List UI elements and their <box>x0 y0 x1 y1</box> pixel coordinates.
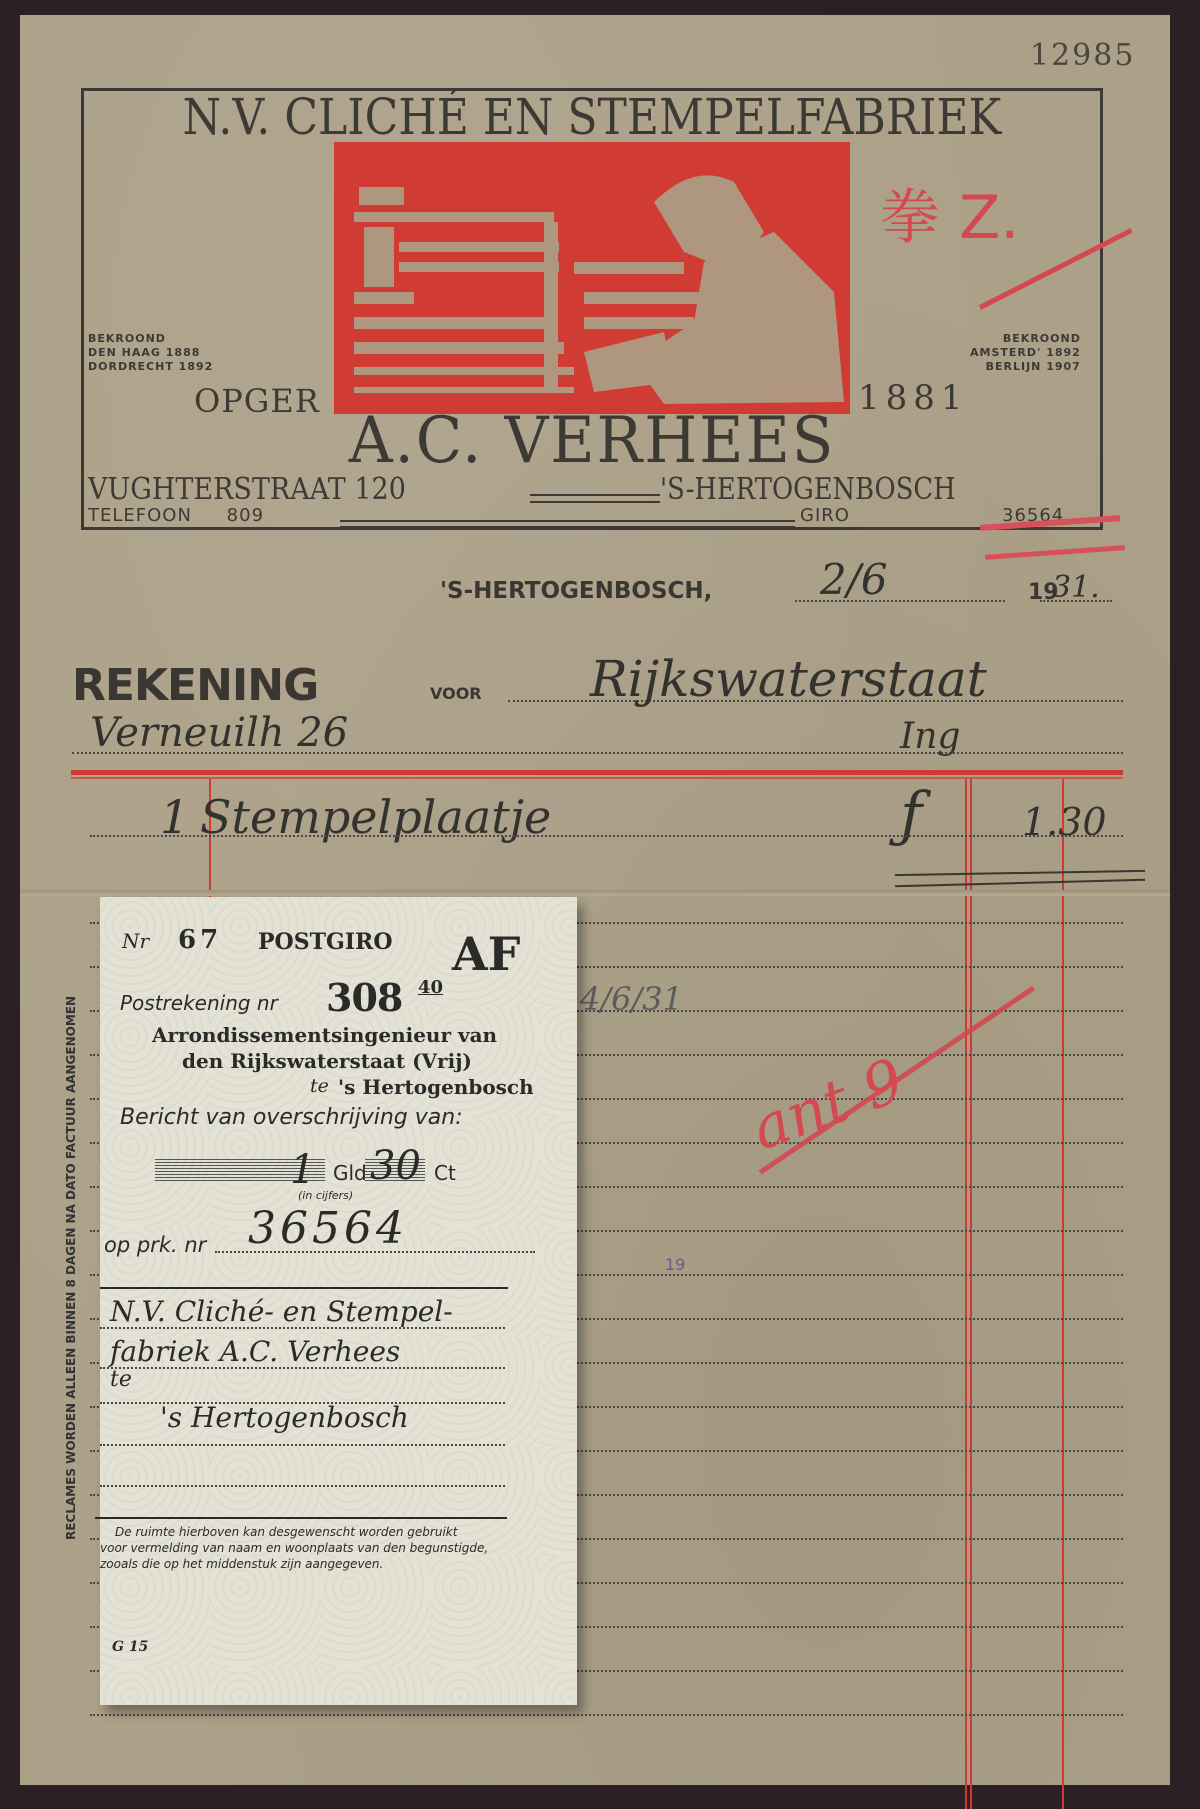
client-name: Rijkswaterstaat <box>590 650 987 708</box>
phone-label: TELEFOON <box>88 505 192 526</box>
bericht-label: Bericht van overschrijving van: <box>120 1105 463 1130</box>
phone-number: 809 <box>227 505 264 526</box>
slip-rule <box>95 1517 507 1519</box>
recipient-city: 's Hertogenbosch <box>338 1075 534 1099</box>
award-line: BEKROOND <box>970 332 1081 346</box>
award-line: AMSTERD' 1892 <box>970 346 1081 360</box>
complaints-notice: RECLAMES WORDEN ALLEEN BINNEN 8 DAGEN NA… <box>64 996 78 1540</box>
sender-dots <box>100 1485 505 1487</box>
op-prk-label: op prk. nr <box>104 1233 206 1257</box>
ct-label: Ct <box>434 1161 456 1185</box>
amount-column-rule <box>970 779 972 1809</box>
ruled-line <box>90 835 1123 837</box>
recipient-te: te <box>310 1075 329 1097</box>
sender-dots <box>100 1444 505 1446</box>
slip-note-line: De ruimte hierboven kan desgewenscht wor… <box>115 1525 457 1539</box>
company-name: A.C. VERHEES <box>347 404 837 478</box>
red-pencil-mark: 拳 Z. <box>880 170 1019 256</box>
handwritten-date: 2/6 <box>820 555 888 604</box>
slip-rule <box>100 1287 508 1289</box>
award-line: DEN HAAG 1888 <box>88 346 213 360</box>
voor-label: VOOR <box>430 684 482 703</box>
awards-right: BEKROOND AMSTERD' 1892 BERLIJN 1907 <box>970 332 1081 374</box>
sender-dots <box>100 1402 505 1404</box>
postrekening-label: Postrekening nr <box>120 991 278 1015</box>
postrekening-sup: 40 <box>418 977 443 998</box>
client-address: Verneuilh 26 <box>90 710 348 756</box>
company-city: 'S-HERTOGENBOSCH <box>660 472 956 507</box>
address-dots <box>72 752 1123 754</box>
sender-line: N.V. Cliché- en Stempel- <box>110 1295 453 1328</box>
slip-title: POSTGIRO <box>258 929 393 955</box>
stamp-number: 19 <box>665 1255 685 1274</box>
postrekening-value: 308 <box>326 975 402 1020</box>
slip-nr-label: Nr <box>122 929 149 953</box>
slip-note-line: zooals die op het middenstuk zijn aangeg… <box>100 1557 383 1571</box>
phone: TELEFOON 809 <box>88 505 264 526</box>
red-header-rule <box>71 770 1123 775</box>
sender-line: te <box>110 1367 132 1392</box>
founded-label: OPGER <box>194 382 320 420</box>
form-code: G 15 <box>112 1639 148 1655</box>
in-cijfers-note: (in cijfers) <box>298 1189 353 1202</box>
divider <box>530 494 660 503</box>
serial-number: 12985 <box>1030 38 1135 73</box>
street-address: VUGHTERSTRAAT 120 <box>88 472 406 507</box>
item-amount: 1.30 <box>1022 800 1107 844</box>
pencil-note: 4/6/31 <box>580 980 683 1018</box>
gld-label: Gld <box>333 1161 367 1185</box>
client-suffix: Ing <box>900 716 960 757</box>
op-prk-value: 36564 <box>248 1203 408 1254</box>
award-line: BEKROOND <box>88 332 213 346</box>
recipient-line2: den Rijkswaterstaat (Vrij) <box>182 1049 472 1073</box>
slip-nr-value: 67 <box>178 925 222 955</box>
af-stamp: AF <box>452 927 520 981</box>
recipient-line1: Arrondissementsingenieur van <box>152 1023 497 1047</box>
award-line: DORDRECHT 1892 <box>88 360 213 374</box>
sender-line: 's Hertogenbosch <box>160 1401 409 1434</box>
engraver-illustration-icon <box>334 142 850 414</box>
giro-label: GIRO <box>800 505 850 526</box>
paper-fold <box>20 890 1170 896</box>
sender-line: fabriek A.C. Verhees <box>110 1335 400 1368</box>
slip-note-line: voor vermelding van naam en woonplaats v… <box>100 1541 488 1555</box>
ct-value: 30 <box>370 1143 421 1189</box>
gld-value: 1 <box>290 1147 315 1193</box>
cents-column-rule <box>1062 779 1064 1809</box>
ruled-line <box>90 1714 1123 1716</box>
awards-left: BEKROOND DEN HAAG 1888 DORDRECHT 1892 <box>88 332 213 374</box>
date-city: 'S-HERTOGENBOSCH, <box>440 578 712 604</box>
award-line: BERLIJN 1907 <box>970 360 1081 374</box>
currency-symbol: ƒ <box>900 780 922 850</box>
divider <box>340 520 795 528</box>
handwritten-year: 31. <box>1052 570 1100 605</box>
postgiro-slip: Nr 67 POSTGIRO AF Postrekening nr 308 40… <box>100 897 577 1705</box>
amount-column-rule <box>965 779 967 1809</box>
invoice-heading: REKENING <box>72 660 318 711</box>
letterhead-title: N.V. CLICHÉ EN STEMPELFABRIEK <box>145 88 1039 146</box>
founded-year: 1881 <box>858 378 969 418</box>
